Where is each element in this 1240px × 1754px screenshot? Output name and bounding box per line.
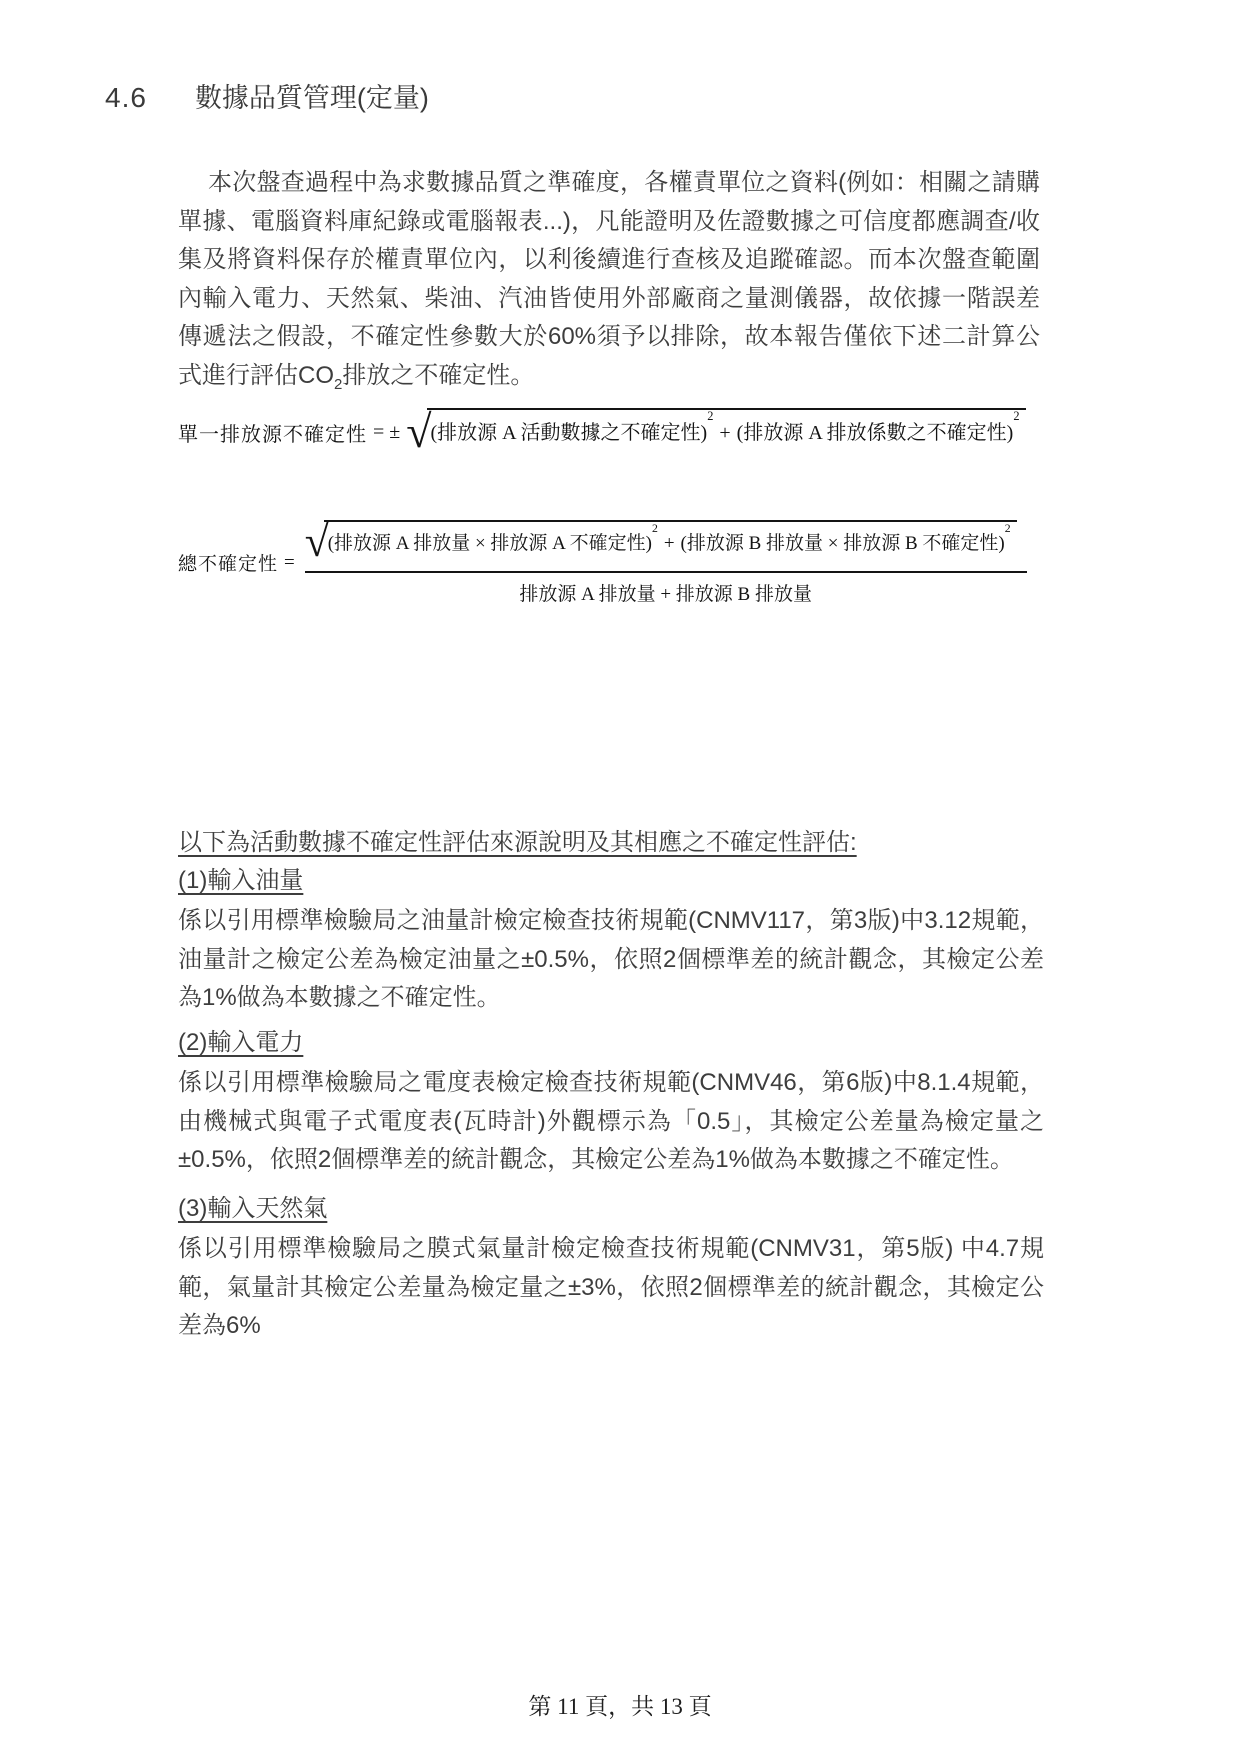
document-page: 4.6 數據品質管理(定量) 本次盤查過程中為求數據品質之準確度，各權責單位之資… [0,0,1240,1754]
section-heading: 4.6 數據品質管理(定量) [105,76,429,115]
formula2-lhs: 總不確定性 [178,549,278,576]
formula-single-source-uncertainty: 單一排放源不確定性 = ± √ (排放源 A 活動數據之不確定性)2+(排放源 … [178,408,1026,456]
formula1-term2: (排放源 A 排放係數之不確定性) [737,422,1014,444]
formula1-term2-exponent: 2 [1013,409,1019,423]
source-item-natural-gas: (3)輸入天然氣 係以引用標準檢驗局之膜式氣量計檢定檢查技術規範(CNMV31，… [178,1188,1044,1346]
page-number-footer: 第 11 頁，共 13 頁 [0,1688,1240,1721]
formula2-term2: (排放源 B 排放量 × 排放源 B 不確定性) [681,533,1005,554]
formula1-lhs: 單一排放源不確定性 [178,418,367,447]
formula1-term1: (排放源 A 活動數據之不確定性) [431,422,708,444]
section-number: 4.6 [105,82,147,114]
formula-total-uncertainty: 總不確定性 = √ (排放源 A 排放量 × 排放源 A 不確定性)2+(排放源… [178,520,1027,606]
source-item-electricity: (2)輸入電力 係以引用標準檢驗局之電度表檢定檢查技術規範(CNMV46，第6版… [178,1022,1044,1180]
fraction-denominator: 排放源 A 排放量 + 排放源 B 排放量 [519,573,812,606]
intro-paragraph: 本次盤查過程中為求數據品質之準確度，各權責單位之資料(例如：相關之請購單據、電腦… [178,164,1040,395]
uncertainty-sources-heading: 以下為活動數據不確定性評估來源說明及其相應之不確定性評估: [178,822,857,857]
formula2-term1: (排放源 A 排放量 × 排放源 A 不確定性) [328,533,652,554]
source-item-heading: (2)輸入電力 [178,1022,1044,1057]
square-root: √ (排放源 A 活動數據之不確定性)2+(排放源 A 排放係數之不確定性)2 [406,408,1025,456]
source-item-heading: (1)輸入油量 [178,860,1044,895]
formula2-term1-exponent: 2 [652,522,658,535]
formula2-radicand: (排放源 A 排放量 × 排放源 A 不確定性)2+(排放源 B 排放量 × 排… [324,520,1017,555]
source-item-heading: (3)輸入天然氣 [178,1188,1044,1223]
source-item-body: 係以引用標準檢驗局之電度表檢定檢查技術規範(CNMV46，第6版)中8.1.4規… [178,1064,1044,1180]
square-root: √ (排放源 A 排放量 × 排放源 A 不確定性)2+(排放源 B 排放量 ×… [305,520,1017,566]
intro-text-after: 排放之不確定性。 [342,362,534,389]
formula1-relation: = ± [367,421,406,444]
fraction: √ (排放源 A 排放量 × 排放源 A 不確定性)2+(排放源 B 排放量 ×… [305,520,1027,606]
formula1-term1-exponent: 2 [707,409,713,423]
formula2-relation: = [278,552,301,574]
page-title: 數據品質管理(定量) [195,76,429,115]
source-item-oil: (1)輸入油量 係以引用標準檢驗局之油量計檢定檢查技術規範(CNMV117，第3… [178,860,1044,1018]
formula2-term2-exponent: 2 [1005,522,1011,535]
plus-operator: + [713,422,736,444]
plus-operator: + [658,533,681,554]
fraction-numerator: √ (排放源 A 排放量 × 排放源 A 不確定性)2+(排放源 B 排放量 ×… [305,520,1027,573]
intro-text-before: 本次盤查過程中為求數據品質之準確度，各權責單位之資料(例如：相關之請購單據、電腦… [178,169,1040,389]
source-item-body: 係以引用標準檢驗局之膜式氣量計檢定檢查技術規範(CNMV31，第5版) 中4.7… [178,1230,1044,1346]
formula1-radicand: (排放源 A 活動數據之不確定性)2+(排放源 A 排放係數之不確定性)2 [427,408,1026,445]
source-item-body: 係以引用標準檢驗局之油量計檢定檢查技術規範(CNMV117，第3版)中3.12規… [178,902,1044,1018]
